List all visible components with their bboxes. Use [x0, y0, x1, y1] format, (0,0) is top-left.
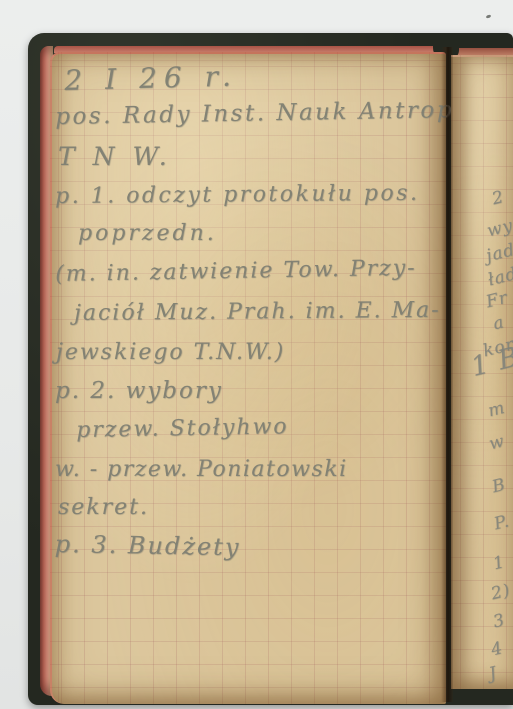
right-page: 2 wy jad ład Fr a kor 1 B m w B P. 1 2) … — [451, 55, 513, 689]
cutoff-text-fragment: ład — [486, 264, 513, 291]
handwritten-line-date: 2 I 26 r. — [64, 59, 238, 97]
cutoff-text-fragment: w — [487, 431, 507, 454]
cutoff-text-fragment: 4 — [489, 638, 505, 660]
handwritten-line: p. 1. odczyt protokułu pos. — [55, 181, 420, 209]
cutoff-text-fragment: B — [490, 475, 508, 498]
handwritten-line: sekret. — [58, 495, 149, 520]
scanned-notebook-photo: 2 I 26 r. pos. Rady Inst. Nauk Antrop T … — [0, 0, 513, 709]
cutoff-text-fragment: a — [491, 312, 507, 334]
cutoff-text-fragment: 2) — [489, 580, 513, 604]
cutoff-text-fragment: 1 — [491, 552, 507, 574]
handwritten-line: pos. Rady Inst. Nauk Antrop — [55, 97, 454, 130]
cutoff-text-fragment: 2 — [490, 187, 506, 209]
cutoff-text-fragment: m — [486, 398, 507, 422]
binding-gutter-shadow — [441, 47, 453, 702]
handwritten-line: (m. in. zatwienie Tow. Przy- — [55, 256, 417, 287]
dust-speck — [486, 14, 492, 19]
cutoff-text-fragment: Fr — [484, 288, 510, 313]
handwritten-line: przew. Stołyhwo — [76, 414, 289, 443]
handwritten-line: T N W. — [58, 142, 172, 171]
handwritten-line: w. - przew. Poniatowski — [55, 457, 348, 482]
cutoff-text-fragment: 1 B — [468, 341, 513, 383]
cutoff-text-fragment: jad — [484, 240, 513, 266]
handwritten-line: poprzedn. — [78, 221, 217, 246]
left-page: 2 I 26 r. pos. Rady Inst. Nauk Antrop T … — [50, 52, 446, 704]
handwritten-line: jewskiego T.N.W.) — [56, 340, 285, 365]
cutoff-text-fragment: P. — [492, 511, 512, 534]
cutoff-text-fragment: 3 — [491, 610, 507, 632]
handwritten-line: jaciół Muz. Prah. im. E. Ma- — [74, 298, 441, 326]
handwritten-line: p. 3. Budżety — [55, 530, 241, 561]
cutoff-text-fragment: J — [487, 663, 499, 684]
handwritten-line: p. 2. wybory — [55, 378, 223, 404]
cutoff-text-fragment: wy — [485, 216, 513, 242]
